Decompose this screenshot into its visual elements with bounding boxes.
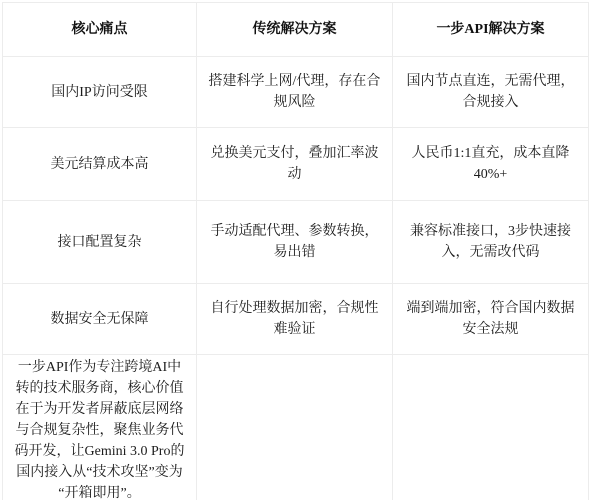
- cell-pain-point: 国内IP访问受限: [3, 57, 197, 128]
- header-cell-traditional-solution: 传统解决方案: [197, 3, 393, 57]
- cell-oneapi-solution: 端到端加密，符合国内数据安全法规: [393, 284, 589, 355]
- header-cell-pain-point: 核心痛点: [3, 3, 197, 57]
- page: 核心痛点 传统解决方案 一步API解决方案 国内IP访问受限 搭建科学上网/代理…: [0, 0, 592, 500]
- header-row: 核心痛点 传统解决方案 一步API解决方案: [3, 3, 589, 57]
- header-cell-oneapi-solution: 一步API解决方案: [393, 3, 589, 57]
- cell-pain-point: 数据安全无保障: [3, 284, 197, 355]
- table-row: 国内IP访问受限 搭建科学上网/代理，存在合规风险 国内节点直连，无需代理，合规…: [3, 57, 589, 128]
- table-row: 美元结算成本高 兑换美元支付，叠加汇率波动 人民币1:1直充，成本直降40%+: [3, 128, 589, 201]
- table-row: 接口配置复杂 手动适配代理、参数转换，易出错 兼容标准接口，3步快速接入，无需改…: [3, 201, 589, 284]
- cell-oneapi-solution: 国内节点直连，无需代理，合规接入: [393, 57, 589, 128]
- table-row: 数据安全无保障 自行处理数据加密，合规性难验证 端到端加密，符合国内数据安全法规: [3, 284, 589, 355]
- cell-traditional-solution: 兑换美元支付，叠加汇率波动: [197, 128, 393, 201]
- cell-pain-point: 美元结算成本高: [3, 128, 197, 201]
- cell-oneapi-solution: 人民币1:1直充，成本直降40%+: [393, 128, 589, 201]
- cell-traditional-solution: 搭建科学上网/代理，存在合规风险: [197, 57, 393, 128]
- comparison-table: 核心痛点 传统解决方案 一步API解决方案 国内IP访问受限 搭建科学上网/代理…: [2, 2, 589, 500]
- cell-pain-point: 接口配置复杂: [3, 201, 197, 284]
- cell-empty: [197, 355, 393, 500]
- cell-traditional-solution: 自行处理数据加密，合规性难验证: [197, 284, 393, 355]
- summary-row: 一步API作为专注跨境AI中转的技术服务商，核心价值在于为开发者屏蔽底层网络与合…: [3, 355, 589, 500]
- cell-traditional-solution: 手动适配代理、参数转换，易出错: [197, 201, 393, 284]
- cell-empty: [393, 355, 589, 500]
- cell-summary-text: 一步API作为专注跨境AI中转的技术服务商，核心价值在于为开发者屏蔽底层网络与合…: [3, 355, 197, 500]
- cell-oneapi-solution: 兼容标准接口，3步快速接入，无需改代码: [393, 201, 589, 284]
